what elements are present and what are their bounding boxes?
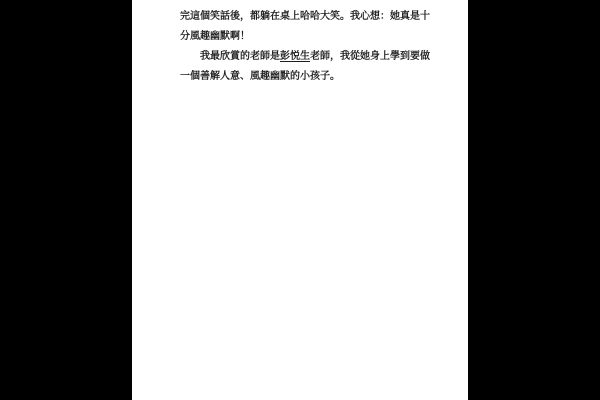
letterbox-background: 完這個笑話後，都躺在桌上哈哈大笑。我心想：她真是十 分風趣幽默啊！ 我最欣賞的老… [0, 0, 600, 400]
text-line-2: 分風趣幽默啊！ [180, 27, 424, 47]
teacher-name-underlined: 彭悦生 [280, 51, 310, 62]
text-line-4: 一個善解人意、風趣幽默的小孩子。 [180, 67, 424, 87]
text-line-3: 我最欣賞的老師是彭悦生老師，我從她身上學到要做 [180, 47, 424, 67]
text-line-1: 完這個笑話後，都躺在桌上哈哈大笑。我心想：她真是十 [180, 7, 424, 27]
text-before-name: 我最欣賞的老師是 [200, 51, 280, 62]
document-text-block: 完這個笑話後，都躺在桌上哈哈大笑。我心想：她真是十 分風趣幽默啊！ 我最欣賞的老… [132, 0, 468, 87]
text-after-name: 老師，我從她身上學到要做 [310, 51, 430, 62]
document-page: 完這個笑話後，都躺在桌上哈哈大笑。我心想：她真是十 分風趣幽默啊！ 我最欣賞的老… [132, 0, 468, 400]
